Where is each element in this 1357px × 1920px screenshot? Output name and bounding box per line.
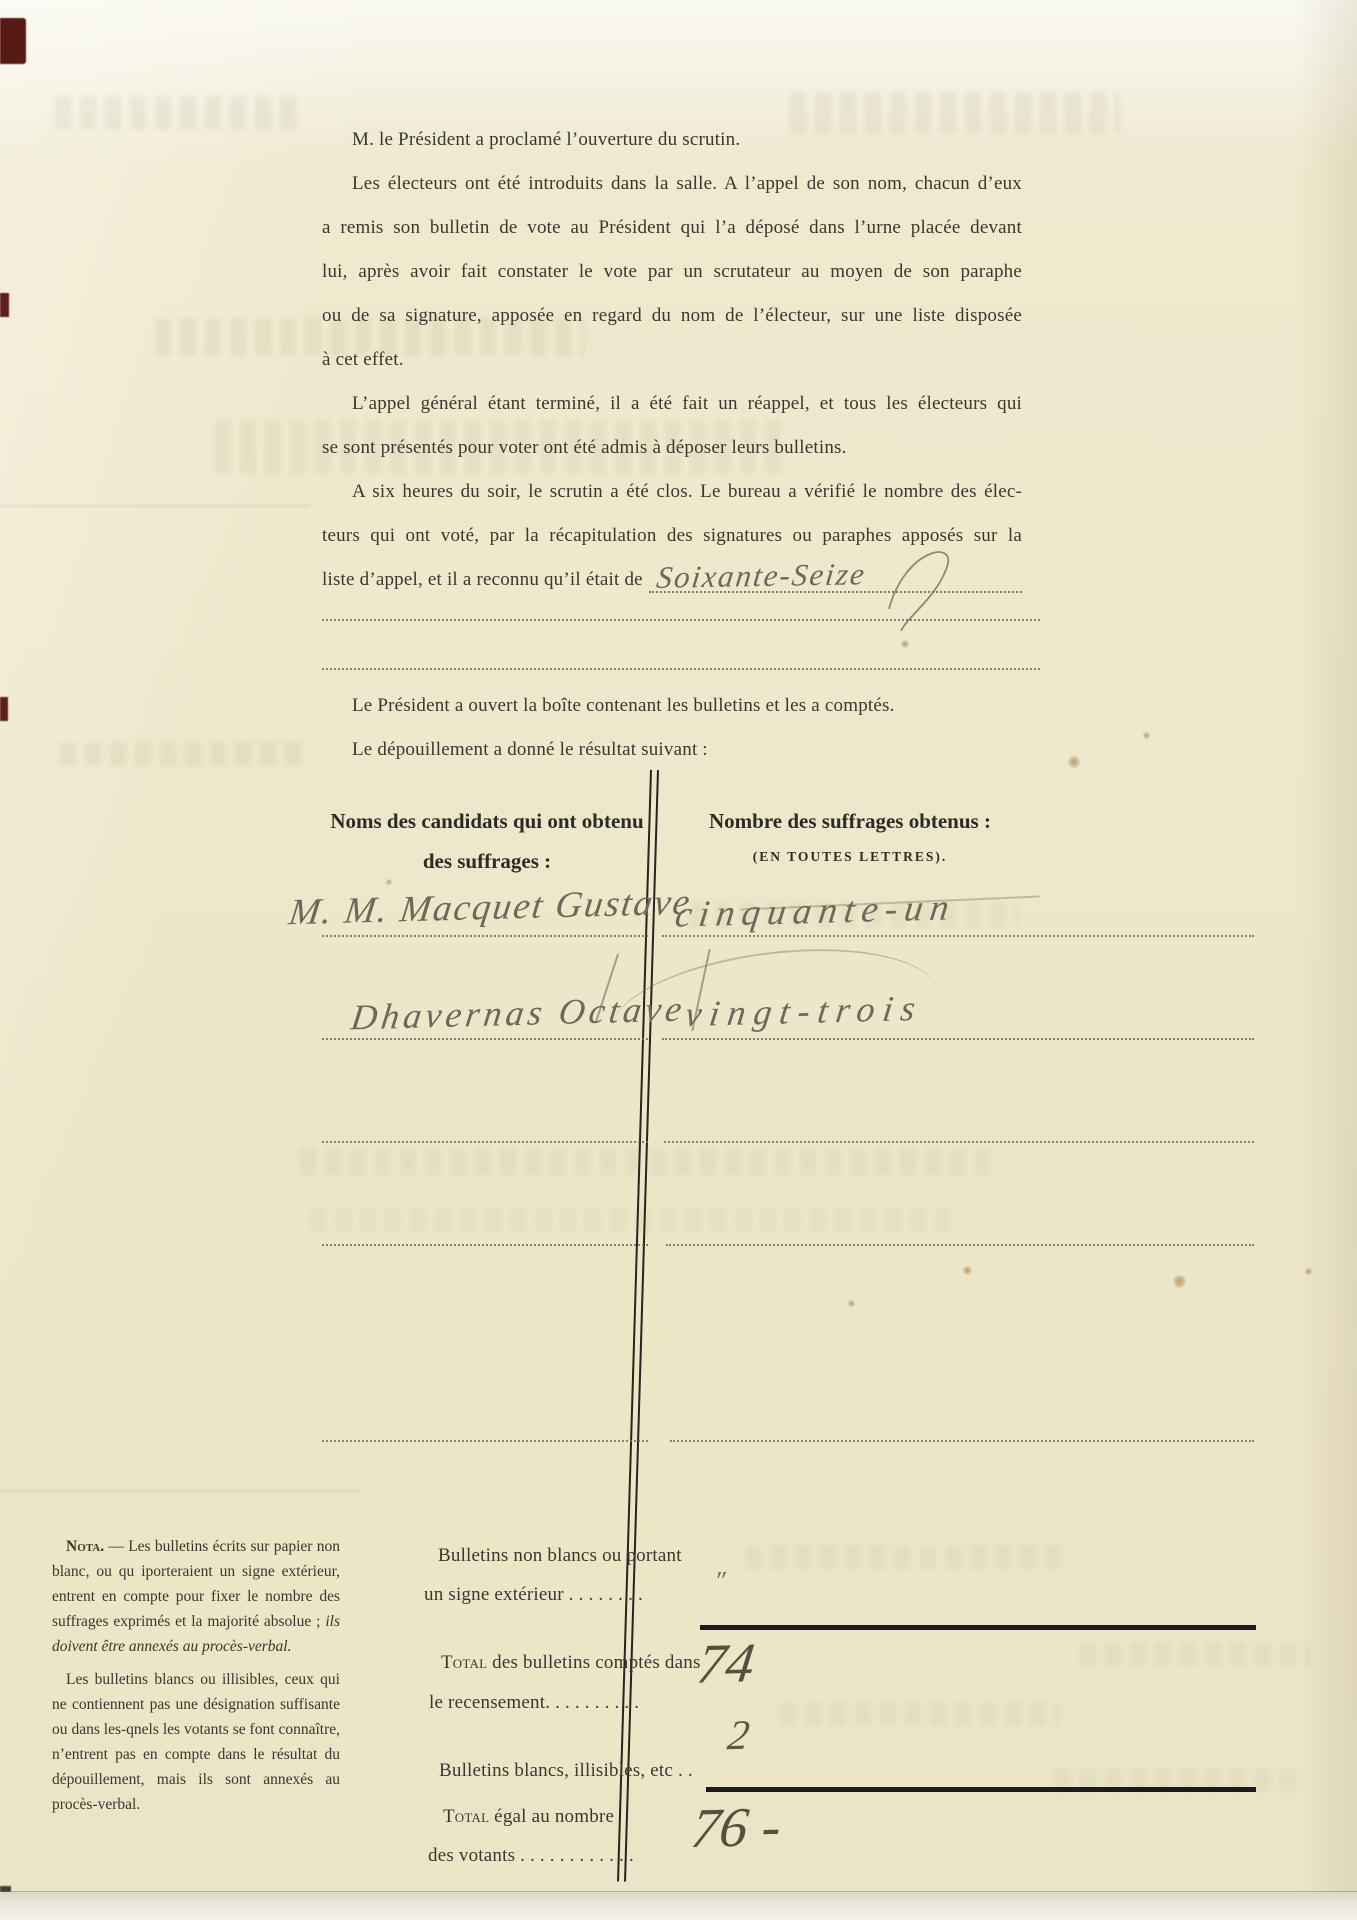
table-row-rule — [322, 1440, 648, 1442]
showthrough-ghost-text — [780, 1702, 1060, 1726]
foxing-spot — [1068, 756, 1080, 768]
label-grand-total: Total égal au nombre — [443, 1806, 614, 1828]
blank-dotted-rule — [322, 619, 1040, 621]
label-total-counted-2: le recensement. . . . . . . . . . — [429, 1692, 639, 1714]
pen-flourish — [877, 537, 967, 637]
main-text-block: M. le Président a proclamé l’ouverture d… — [322, 118, 1022, 602]
body-line: à cet effet. — [322, 338, 1022, 382]
smallcaps-total: Total — [443, 1806, 489, 1827]
dotted-fill-line: Soixante-Seize — [649, 561, 1022, 593]
showthrough-ghost-text — [745, 1545, 1065, 1569]
table-header-candidates: Noms des candidats qui ont obtenu des su… — [322, 808, 652, 874]
smallcaps-total: Total — [441, 1652, 487, 1673]
scan-bottom-edge — [0, 1892, 1357, 1920]
table-row-rule — [322, 1141, 648, 1143]
foxing-spot — [386, 879, 392, 885]
label-non-blank-ballots-2: un signe extérieur . . . . . . . . — [424, 1584, 643, 1606]
scan-edge-mark — [0, 18, 26, 64]
table-row-rule — [662, 935, 1254, 937]
header-subline: (EN TOUTES LETTRES). — [674, 849, 1026, 865]
handwritten-nil-mark: ″ — [712, 1566, 727, 1596]
header-line: Noms des candidats qui ont obtenu — [322, 808, 652, 834]
table-row-rule — [664, 1141, 1254, 1143]
showthrough-ghost-text — [55, 96, 305, 130]
label-blank-ballots: Bulletins blancs, illisibles, etc . . — [439, 1760, 693, 1782]
nota-smallcaps: Nota. — [66, 1538, 104, 1555]
showthrough-ghost-text — [60, 742, 310, 766]
body-line: Le Président a ouvert la boîte contenant… — [322, 684, 1022, 728]
foxing-spot — [901, 640, 909, 648]
table-row-rule — [322, 1244, 648, 1246]
label-total-counted: Total des bulletins comptés dans — [441, 1652, 701, 1674]
body-line: M. le Président a proclamé l’ouverture d… — [322, 118, 1022, 162]
paper-crease — [0, 505, 310, 507]
label-grand-total-2: des votants . . . . . . . . . . . . — [428, 1845, 634, 1867]
table-row-rule — [322, 1038, 648, 1040]
body-text: liste d’appel, et il a reconnu qu’il éta… — [322, 558, 643, 602]
nota-block: Nota. — Les bulletins écrits sur papier … — [52, 1534, 340, 1825]
body-line: lui, après avoir fait constater le vote … — [322, 250, 1022, 294]
header-line: Nombre des suffrages obtenus : — [674, 808, 1026, 834]
sum-rule — [700, 1625, 1256, 1630]
blank-dotted-rule — [322, 668, 1040, 670]
scanned-document-page: M. le Président a proclamé l’ouverture d… — [0, 0, 1357, 1920]
scan-edge-mark — [0, 697, 8, 721]
table-row-rule — [322, 935, 648, 937]
paper-crease — [0, 1490, 360, 1492]
handwritten-grand-total: 76 - — [688, 1795, 785, 1861]
body-line: Les électeurs ont été introduits dans la… — [322, 162, 1022, 206]
foxing-spot — [848, 1300, 855, 1307]
pen-flourish — [604, 932, 946, 1093]
handwritten-counted-total: 74 — [694, 1631, 759, 1696]
foxing-spot — [963, 1266, 972, 1275]
scan-edge-mark — [0, 293, 9, 317]
body-line: liste d’appel, et il a reconnu qu’il éta… — [322, 558, 1022, 602]
showthrough-ghost-text — [1080, 1642, 1310, 1666]
nota-paragraph-2: Les bulletins blancs ou illisibles, ceux… — [52, 1667, 340, 1817]
table-row-rule — [666, 1244, 1254, 1246]
table-row-rule — [670, 1440, 1254, 1442]
body-line: Le dépouillement a donné le résultat sui… — [322, 728, 1022, 772]
handwritten-candidate-name: M. M. Macquet Gustave — [286, 881, 694, 934]
secondary-text-block: Le Président a ouvert la boîte contenant… — [322, 684, 1022, 772]
showthrough-ghost-text — [300, 1148, 1000, 1176]
handwritten-vote-count: cinquante-un — [673, 886, 959, 936]
foxing-spot — [1305, 1268, 1312, 1275]
showthrough-ghost-text — [310, 1208, 950, 1232]
nota-paragraph-1: Nota. — Les bulletins écrits sur papier … — [52, 1534, 340, 1659]
handwritten-blank-count: 2 — [725, 1712, 752, 1761]
body-line: se sont présentés pour voter ont été adm… — [322, 426, 1022, 470]
body-line: A six heures du soir, le scrutin a été c… — [322, 470, 1022, 514]
label-text: des bulletins comptés dans — [487, 1652, 700, 1673]
body-line: ou de sa signature, apposée en regard du… — [322, 294, 1022, 338]
paper-right-shade — [1297, 0, 1357, 1920]
foxing-spot — [1143, 732, 1150, 739]
label-text: égal au nombre — [489, 1806, 614, 1827]
label-non-blank-ballots: Bulletins non blancs ou portant — [438, 1545, 682, 1567]
header-line: des suffrages : — [322, 848, 652, 874]
body-line: L’appel général étant terminé, il a été … — [322, 382, 1022, 426]
handwritten-voter-count: Soixante-Seize — [654, 552, 869, 600]
body-line: a remis son bulletin de vote au Présiden… — [322, 206, 1022, 250]
foxing-spot — [1173, 1275, 1186, 1288]
table-header-votes: Nombre des suffrages obtenus : (EN TOUTE… — [674, 808, 1026, 865]
sum-rule — [706, 1787, 1256, 1792]
